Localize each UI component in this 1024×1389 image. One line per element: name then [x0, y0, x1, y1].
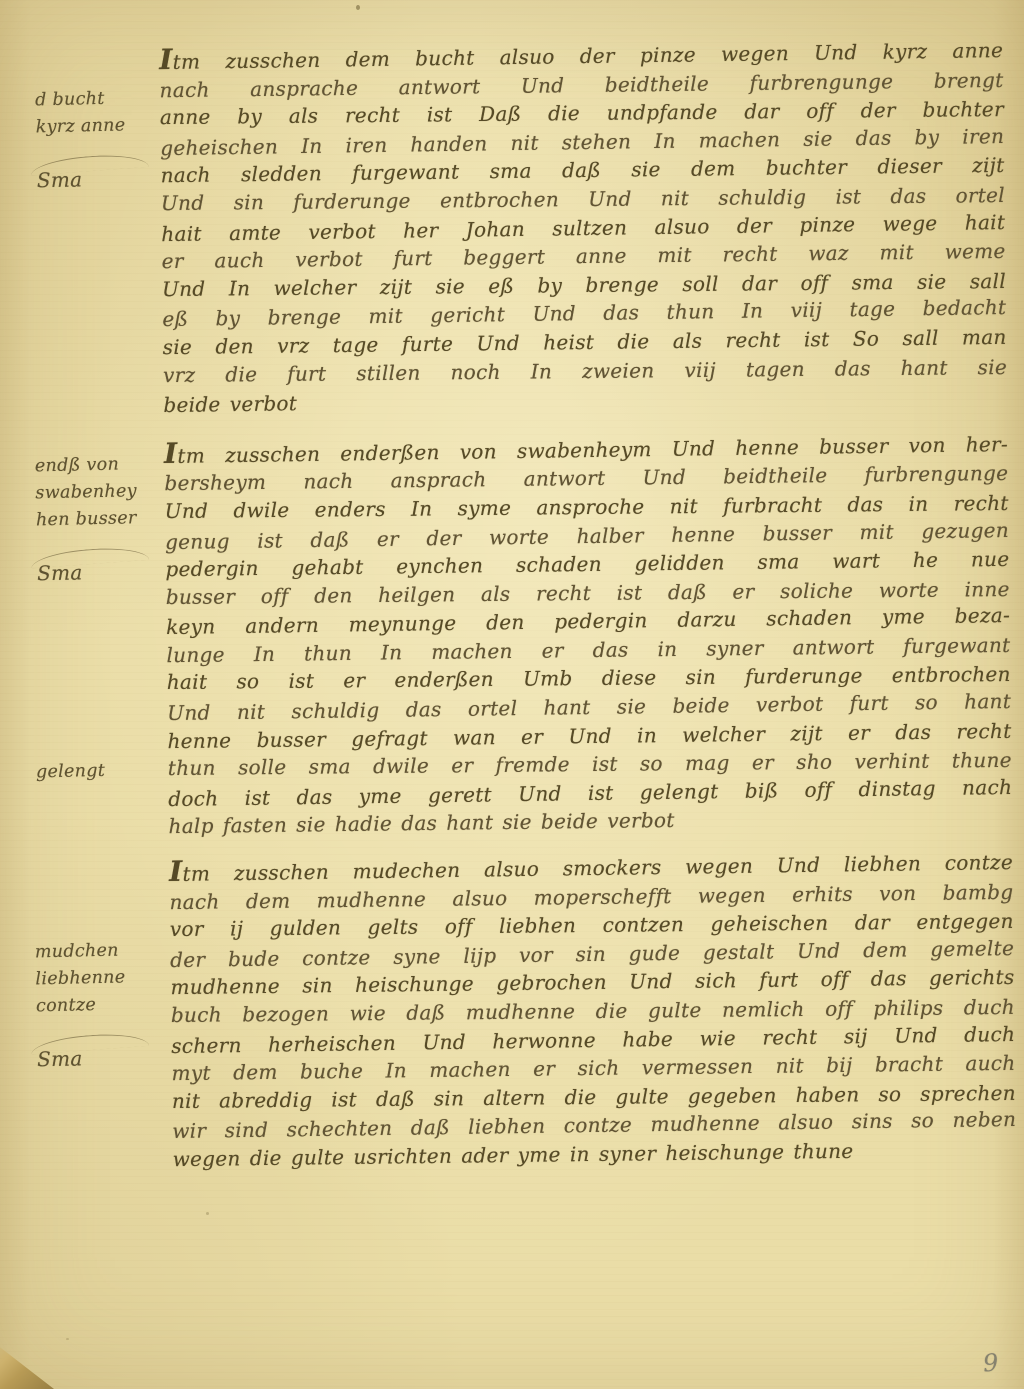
margin-note-entry-2: endß vonswabenheyhen busserSma — [35, 451, 164, 588]
margin-note-line: hen busser — [36, 505, 163, 535]
margin-note-line: kyrz anne — [35, 112, 162, 142]
ink-speck — [356, 5, 360, 10]
manuscript-text-block: Itm zusschen dem bucht alsuo der pinze w… — [159, 35, 1017, 1192]
page-curl-corner — [0, 1331, 54, 1389]
margin-note-line: endß von — [35, 451, 162, 481]
folio-number: 9 — [982, 1349, 999, 1378]
manuscript-entry-1: Itm zusschen dem bucht alsuo der pinze w… — [159, 35, 1008, 419]
margin-note-line: mudchen — [35, 937, 162, 967]
margin-note-line: Sma — [37, 1044, 164, 1074]
margin-note-line: gelengt — [36, 757, 163, 787]
manuscript-entry-3: Itm zusschen mudechen alsuo smockers weg… — [169, 847, 1017, 1174]
margin-note-line: swabenhey — [35, 478, 162, 508]
margin-note-line: liebhenne — [35, 964, 162, 994]
margin-note-entry-3: gelengt — [36, 757, 163, 787]
margin-note-entry-1: d buchtkyrz anneSma — [35, 85, 163, 195]
margin-note-line: Sma — [37, 165, 164, 195]
margin-note-line: Sma — [37, 558, 164, 588]
margin-note-entry-4: mudchenliebhennecontzeSma — [35, 937, 164, 1074]
margin-note-line: contze — [36, 991, 163, 1021]
ink-speck — [206, 1212, 209, 1215]
ink-speck — [66, 1338, 69, 1340]
manuscript-page: d buchtkyrz anneSma endß vonswabenheyhen… — [0, 0, 1024, 1389]
manuscript-entry-2: Itm zusschen enderßen von swabenheym Und… — [164, 429, 1013, 842]
margin-note-line: d bucht — [35, 85, 162, 115]
